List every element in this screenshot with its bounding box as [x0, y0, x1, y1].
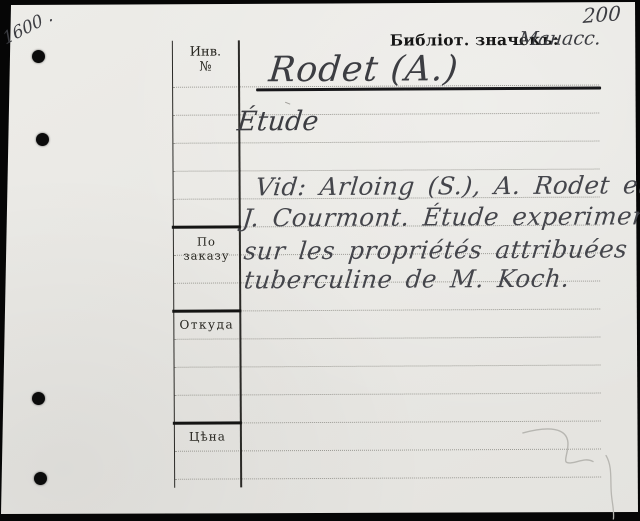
card-content-layer: Инв. № По заказу Откуда Цѣна Библіот. зн…: [0, 0, 640, 521]
pencil-squiggle: [0, 0, 640, 521]
scanned-catalog-card-page: Инв. № По заказу Откуда Цѣна Библіот. зн…: [0, 0, 640, 521]
